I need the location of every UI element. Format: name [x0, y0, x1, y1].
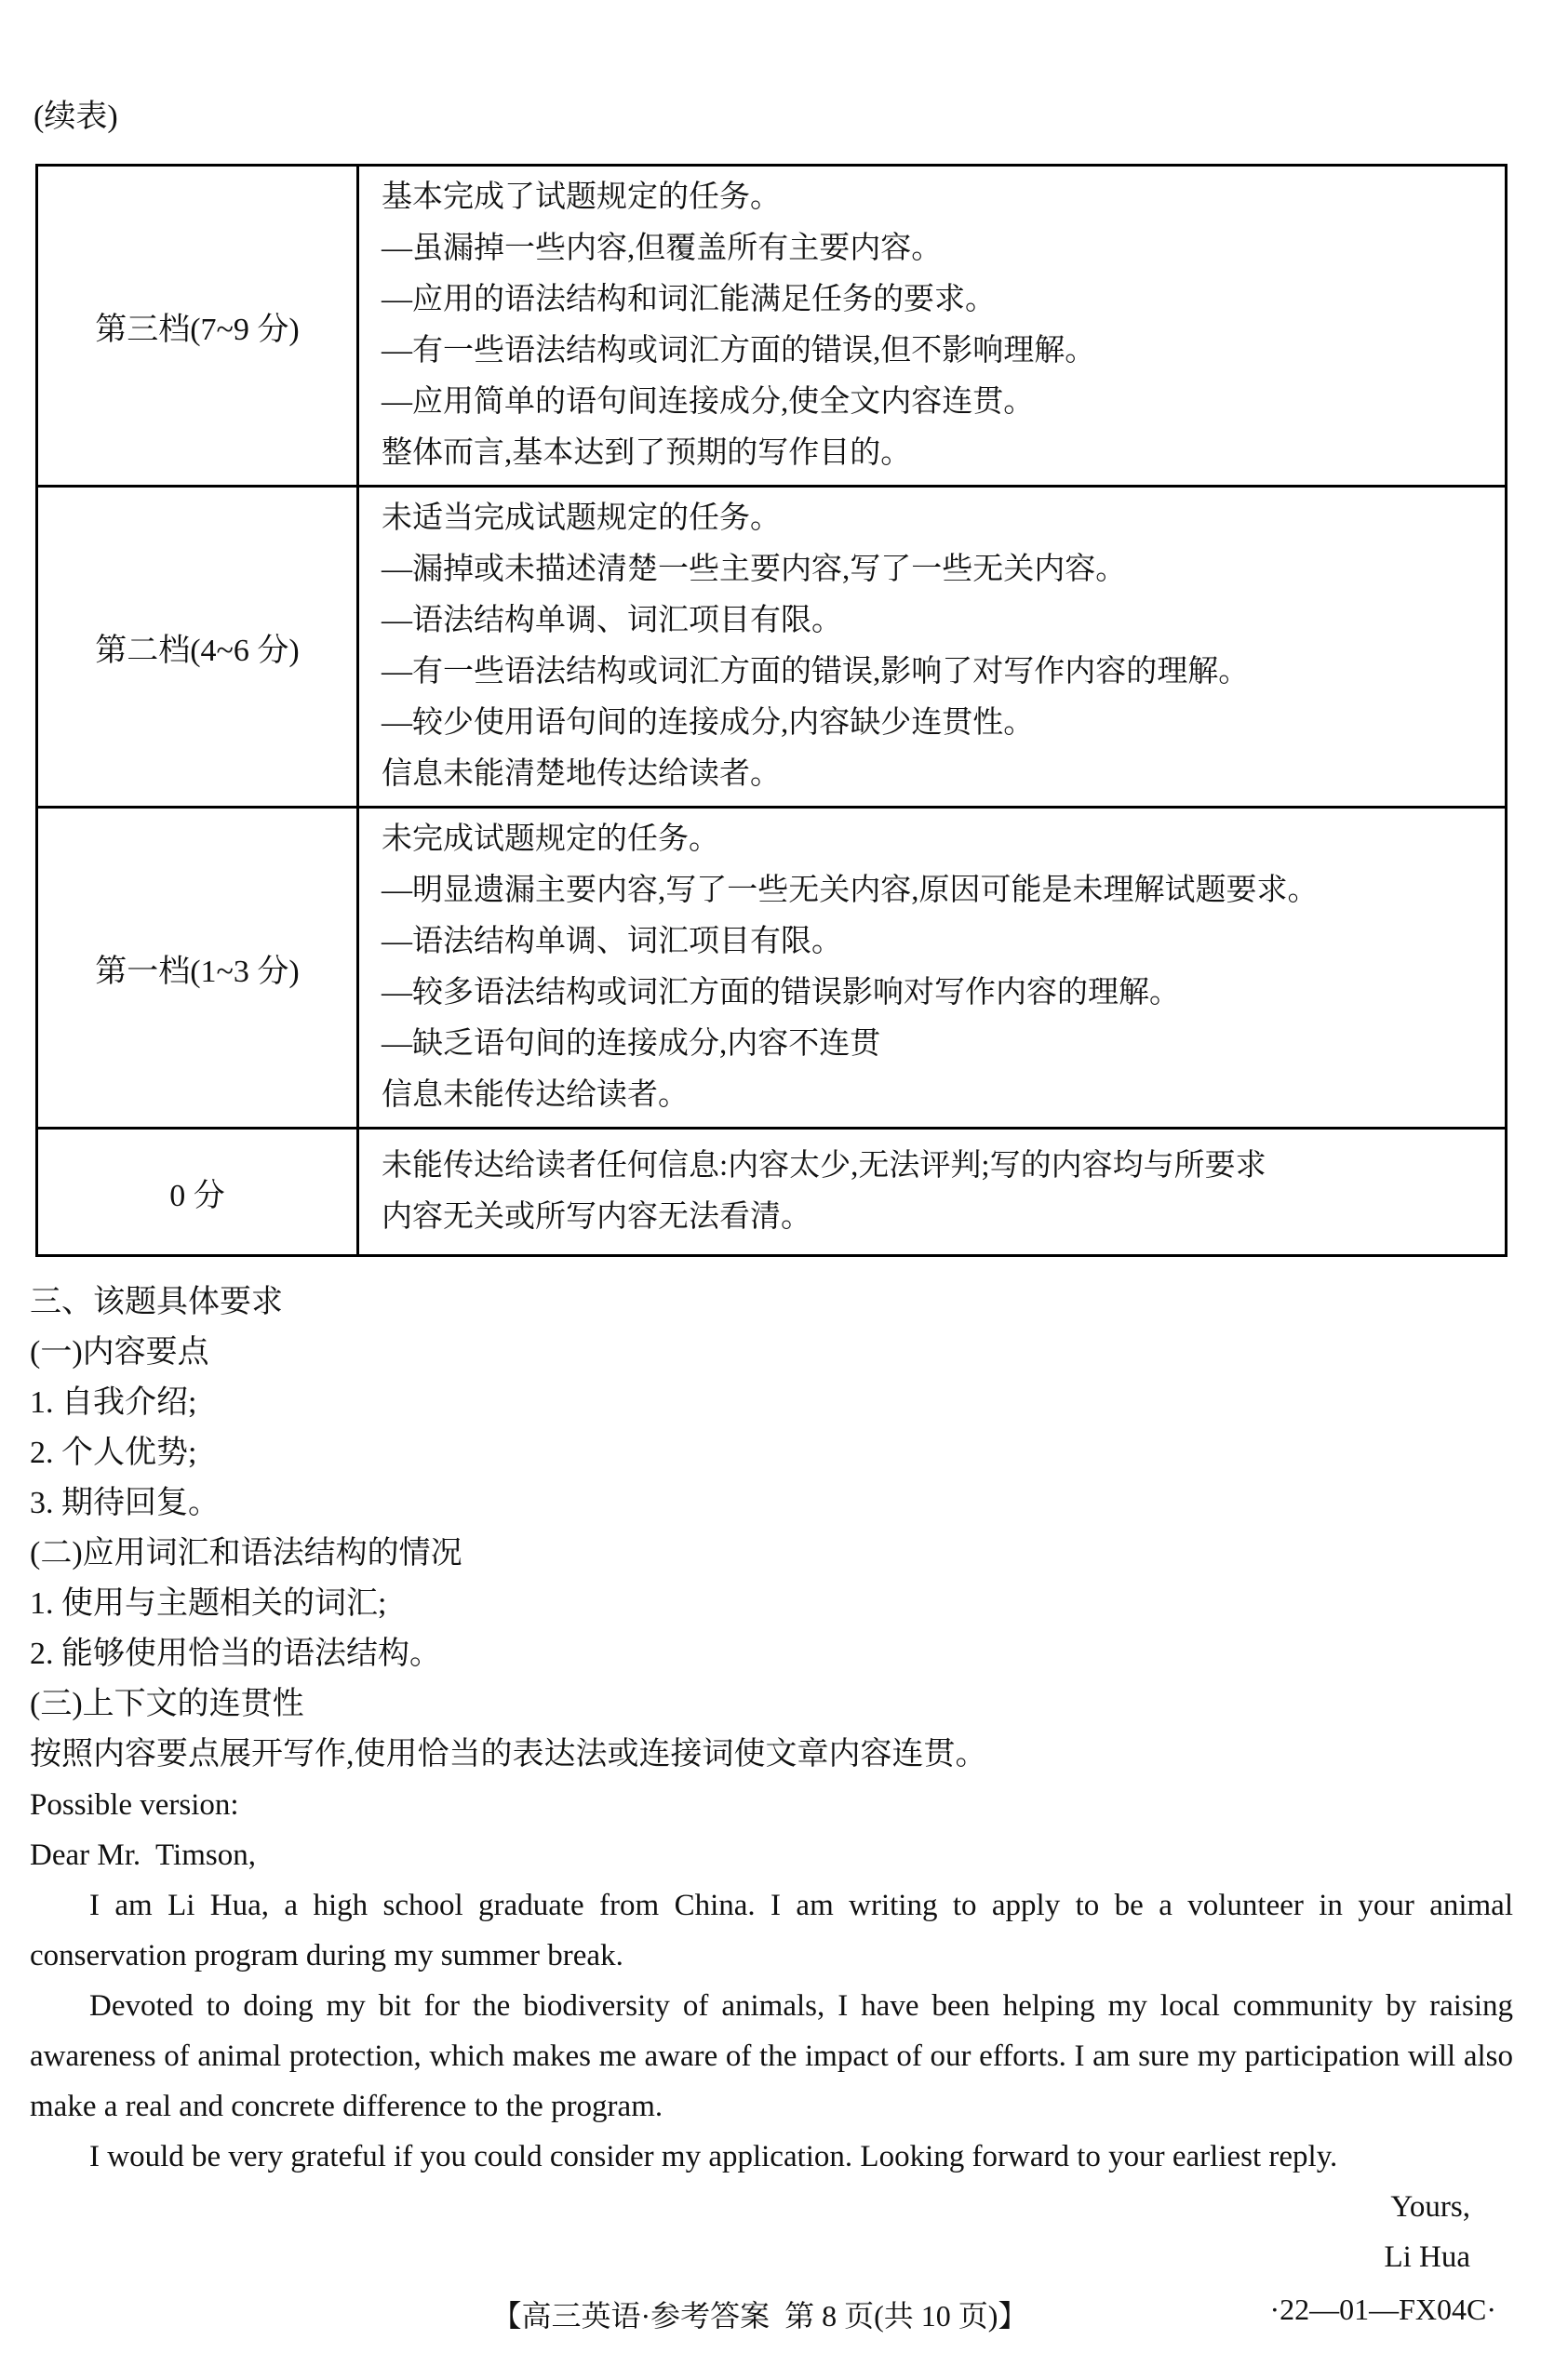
criteria-line: 未适当完成试题规定的任务。: [382, 493, 1488, 544]
content-point-item: 1. 自我介绍;: [30, 1378, 1513, 1428]
criteria-line: —语法结构单调、词汇项目有限。: [382, 595, 1488, 647]
criteria-line: —有一些语法结构或词汇方面的错误,但不影响理解。: [382, 326, 1488, 377]
criteria-line: 信息未能清楚地传达给读者。: [382, 749, 1488, 800]
criteria-line: —有一些语法结构或词汇方面的错误,影响了对写作内容的理解。: [382, 647, 1488, 698]
requirements-subheading-vocab-grammar: (二)应用词汇和语法结构的情况: [30, 1529, 1513, 1579]
score-band-criteria: 未适当完成试题规定的任务。 —漏掉或未描述清楚一些主要内容,写了一些无关内容。 …: [358, 487, 1507, 808]
letter-paragraph: Devoted to doing my bit for the biodiver…: [30, 1981, 1513, 2132]
score-band-label: 0 分: [37, 1129, 358, 1256]
criteria-line: 内容无关或所写内容无法看清。: [382, 1192, 1488, 1243]
score-band-label: 第一档(1~3 分): [37, 808, 358, 1129]
criteria-line: 基本完成了试题规定的任务。: [382, 172, 1488, 223]
table-row-band-3: 第三档(7~9 分) 基本完成了试题规定的任务。 —虽漏掉一些内容,但覆盖所有主…: [37, 166, 1507, 487]
criteria-line: —缺乏语句间的连接成分,内容不连贯: [382, 1019, 1488, 1070]
requirements-subheading-content-points: (一)内容要点: [30, 1328, 1513, 1378]
criteria-line: —语法结构单调、词汇项目有限。: [382, 916, 1488, 968]
requirements-subheading-coherence: (三)上下文的连贯性: [30, 1679, 1513, 1730]
score-band-criteria: 基本完成了试题规定的任务。 —虽漏掉一些内容,但覆盖所有主要内容。 —应用的语法…: [358, 166, 1507, 487]
letter-signature: Li Hua: [30, 2232, 1470, 2282]
criteria-line: —虽漏掉一些内容,但覆盖所有主要内容。: [382, 223, 1488, 274]
score-band-label: 第三档(7~9 分): [37, 166, 358, 487]
footer-paper-code: ·22—01—FX04C·: [1269, 2293, 1496, 2327]
coherence-description: 按照内容要点展开写作,使用恰当的表达法或连接词使文章内容连贯。: [30, 1730, 1513, 1780]
footer-page-info: 【高三英语·参考答案 第 8 页(共 10 页)】: [491, 2293, 1027, 2335]
score-band-criteria: 未完成试题规定的任务。 —明显遗漏主要内容,写了一些无关内容,原因可能是未理解试…: [358, 808, 1507, 1129]
content-point-item: 3. 期待回复。: [30, 1478, 1513, 1529]
specific-requirements-section: 三、该题具体要求 (一)内容要点 1. 自我介绍; 2. 个人优势; 3. 期待…: [30, 1277, 1513, 2282]
criteria-line: 未完成试题规定的任务。: [382, 814, 1488, 865]
page-footer: 【高三英语·参考答案 第 8 页(共 10 页)】 ·22—01—FX04C·: [0, 2293, 1541, 2332]
score-band-criteria: 未能传达给读者任何信息:内容太少,无法评判;写的内容均与所要求 内容无关或所写内…: [358, 1129, 1507, 1256]
letter-closing: Yours,: [30, 2182, 1470, 2232]
criteria-line: 未能传达给读者任何信息:内容太少,无法评判;写的内容均与所要求: [382, 1141, 1488, 1192]
continued-table-label: (续表): [33, 0, 1541, 136]
requirements-heading: 三、该题具体要求: [30, 1277, 1513, 1328]
table-row-band-0: 0 分 未能传达给读者任何信息:内容太少,无法评判;写的内容均与所要求 内容无关…: [37, 1129, 1507, 1256]
table-row-band-2: 第二档(4~6 分) 未适当完成试题规定的任务。 —漏掉或未描述清楚一些主要内容…: [37, 487, 1507, 808]
letter-paragraph: I am Li Hua, a high school graduate from…: [30, 1880, 1513, 1981]
content-point-item: 2. 个人优势;: [30, 1428, 1513, 1478]
letter-closing-block: Yours, Li Hua: [30, 2182, 1513, 2282]
letter-paragraph: I would be very grateful if you could co…: [30, 2132, 1513, 2182]
exam-answer-page: (续表) 第三档(7~9 分) 基本完成了试题规定的任务。 —虽漏掉一些内容,但…: [0, 0, 1541, 2380]
criteria-line: —应用简单的语句间连接成分,使全文内容连贯。: [382, 377, 1488, 428]
possible-version-letter: Possible version: Dear Mr. Timson, I am …: [30, 1780, 1513, 2282]
criteria-line: 整体而言,基本达到了预期的写作目的。: [382, 428, 1488, 479]
vocab-grammar-item: 2. 能够使用恰当的语法结构。: [30, 1629, 1513, 1679]
criteria-line: —漏掉或未描述清楚一些主要内容,写了一些无关内容。: [382, 544, 1488, 595]
score-band-label: 第二档(4~6 分): [37, 487, 358, 808]
letter-salutation: Dear Mr. Timson,: [30, 1830, 1513, 1880]
possible-version-label: Possible version:: [30, 1780, 1513, 1830]
vocab-grammar-item: 1. 使用与主题相关的词汇;: [30, 1579, 1513, 1629]
scoring-rubric-table: 第三档(7~9 分) 基本完成了试题规定的任务。 —虽漏掉一些内容,但覆盖所有主…: [35, 164, 1507, 1257]
criteria-line: —较多语法结构或词汇方面的错误影响对写作内容的理解。: [382, 968, 1488, 1019]
criteria-line: 信息未能传达给读者。: [382, 1070, 1488, 1121]
criteria-line: —应用的语法结构和词汇能满足任务的要求。: [382, 274, 1488, 326]
table-row-band-1: 第一档(1~3 分) 未完成试题规定的任务。 —明显遗漏主要内容,写了一些无关内…: [37, 808, 1507, 1129]
criteria-line: —明显遗漏主要内容,写了一些无关内容,原因可能是未理解试题要求。: [382, 865, 1488, 916]
criteria-line: —较少使用语句间的连接成分,内容缺少连贯性。: [382, 698, 1488, 749]
